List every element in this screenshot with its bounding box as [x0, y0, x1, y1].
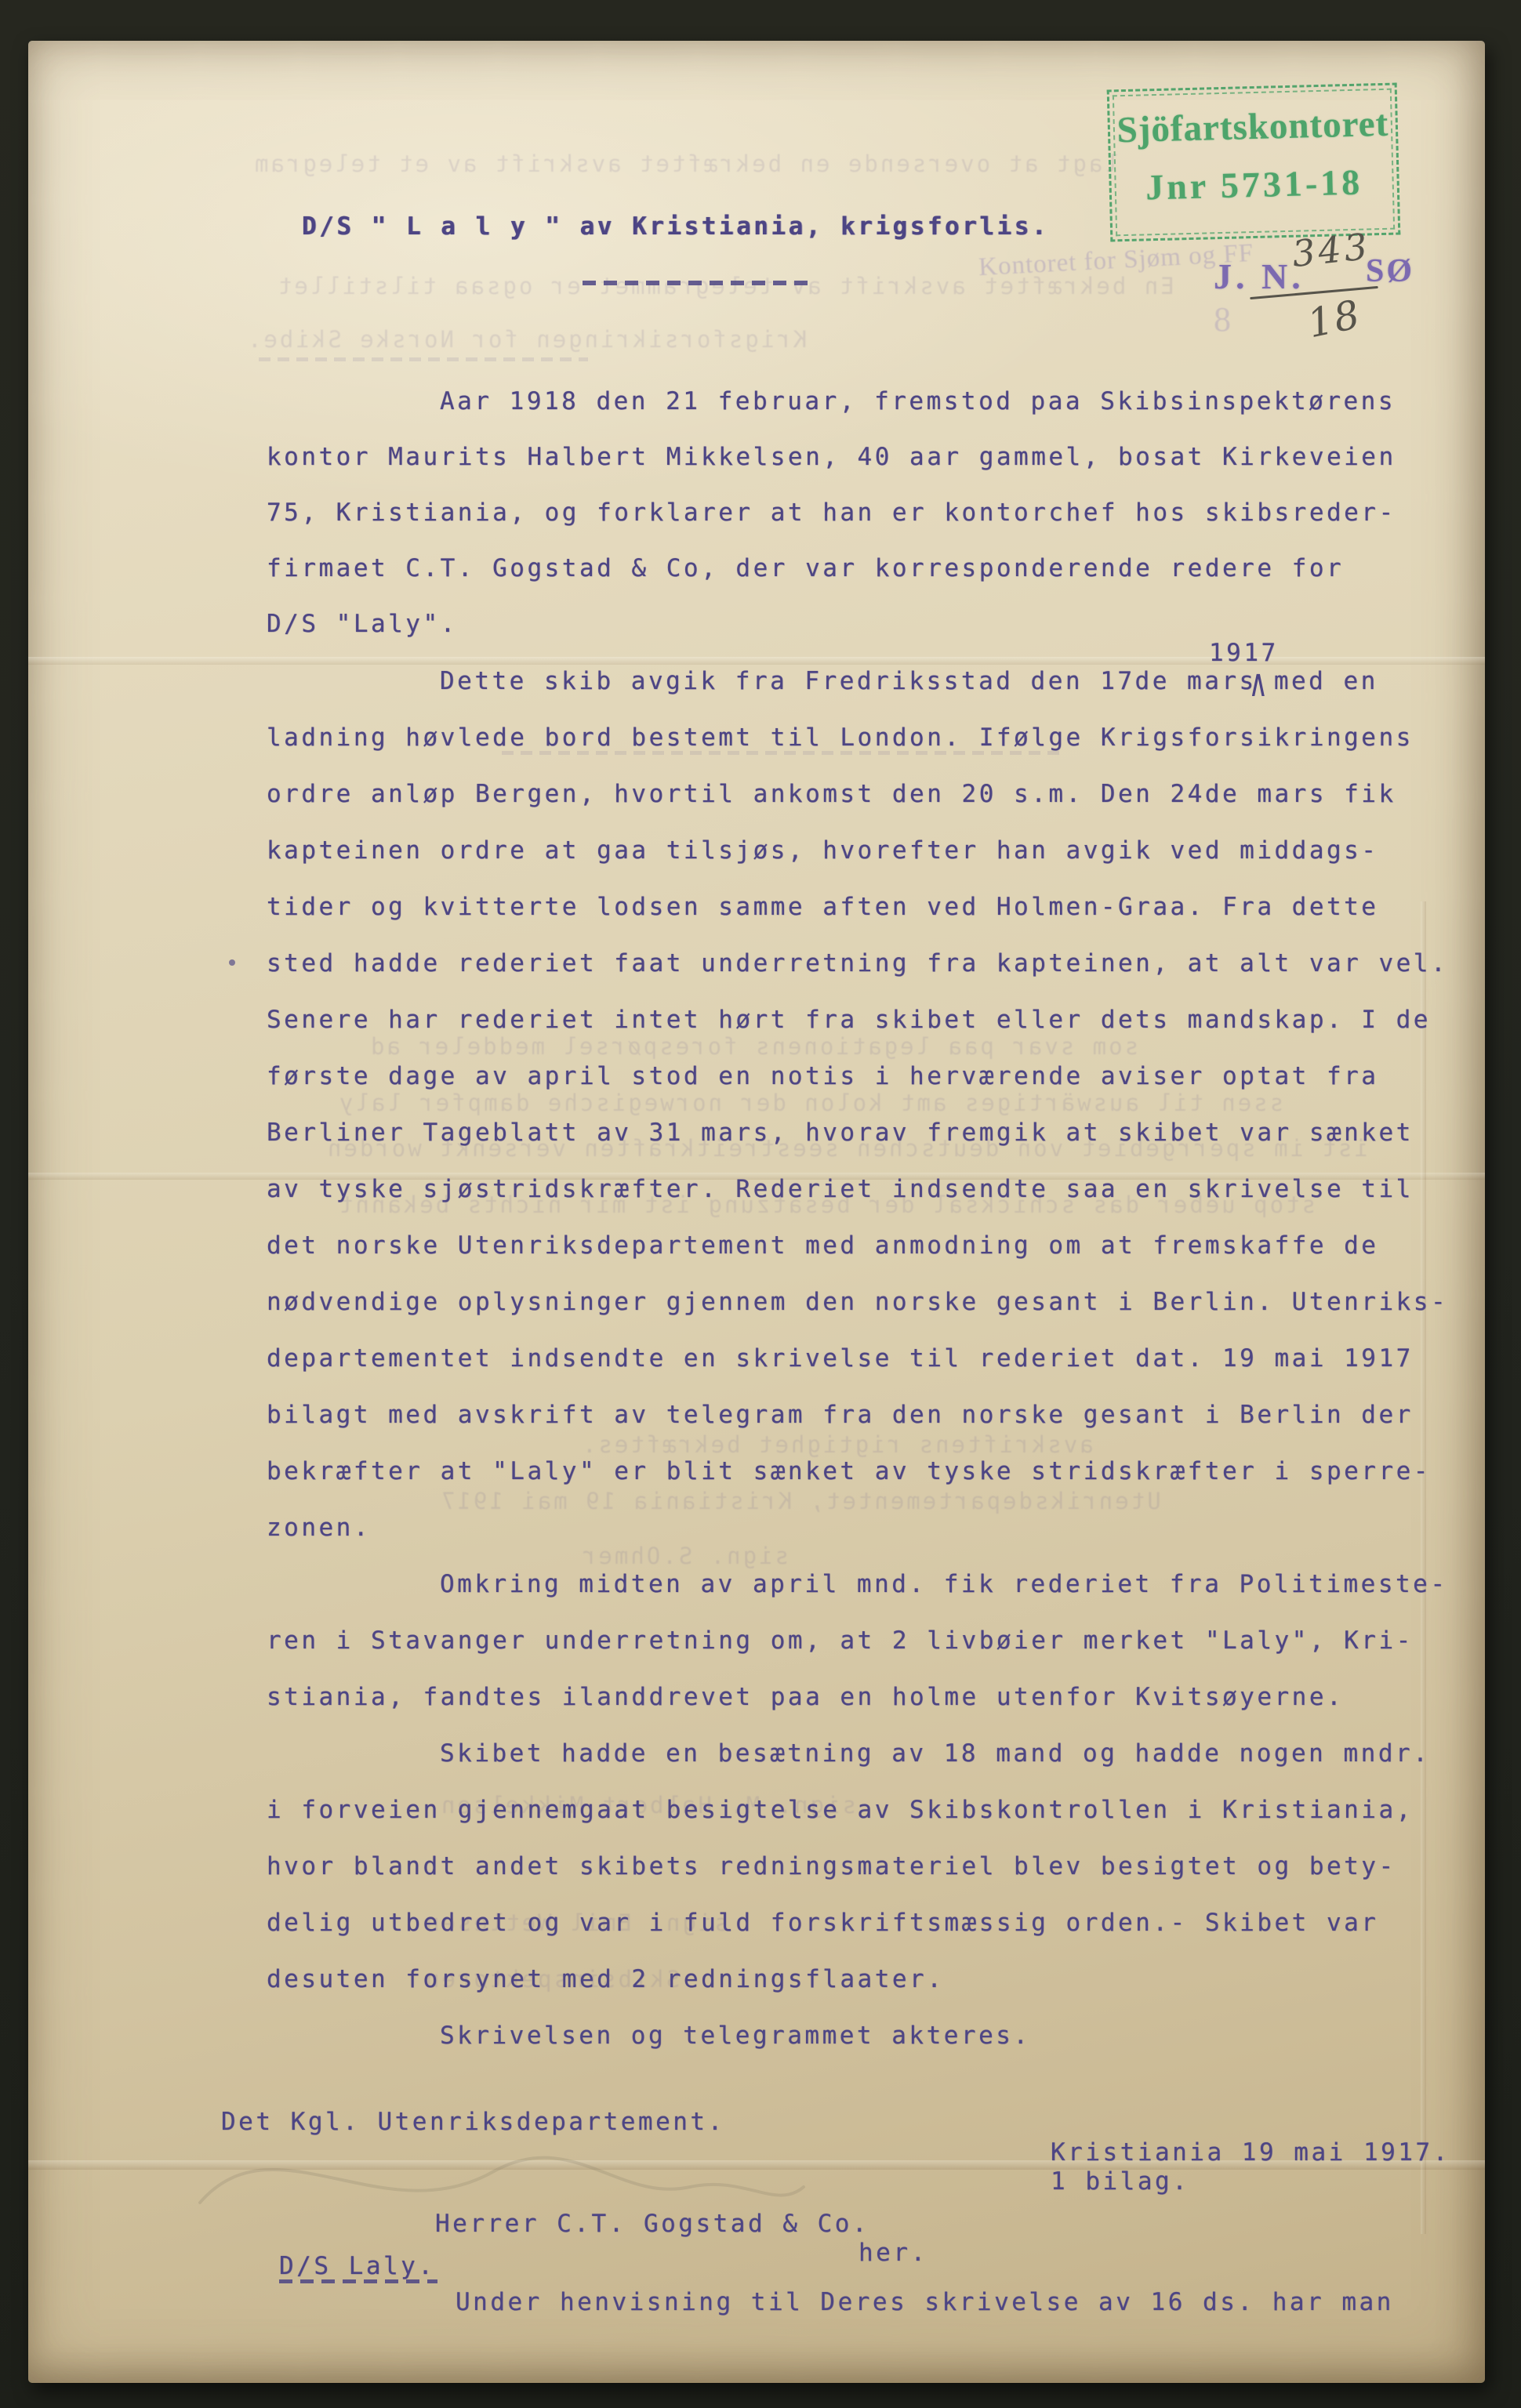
- body-line: det norske Utenriksdepartement med anmod…: [267, 1231, 1378, 1260]
- body-line: Omkring midten av april mnd. fik rederie…: [440, 1569, 1448, 1599]
- body-line: zonen.: [267, 1513, 371, 1543]
- body-line: i forveien gjennemgaat besigtelse av Ski…: [267, 1795, 1414, 1825]
- faded-stamp-digit: 8: [1214, 299, 1231, 339]
- title-underline: [583, 281, 810, 285]
- body-line: bilagt med avskrift av telegram fra den …: [267, 1400, 1414, 1430]
- footer-department: Det Kgl. Utenriksdepartement.: [221, 2107, 725, 2137]
- registry-stamp: Sjöfartskontoret Jnr 5731-18: [1107, 83, 1401, 242]
- journal-section-code: SØ: [1366, 252, 1414, 290]
- body-line: Skrivelsen og telegrammet akteres.: [440, 2021, 1031, 2051]
- body-line: delig utbedret og var i fuld forskriftsm…: [267, 1908, 1378, 1938]
- bleed-through-text: ssen til auswärtiges amt kolon der norwe…: [337, 1090, 1283, 1116]
- footer-here: her.: [859, 2238, 928, 2268]
- body-line: første dage av april stod en notis i her…: [267, 1061, 1378, 1091]
- faded-pencil-scribble: [180, 2069, 823, 2273]
- body-line: kapteinen ordre at gaa tilsjøs, hvorefte…: [267, 836, 1378, 865]
- footer-ship-reference: D/S Laly.: [279, 2251, 435, 2281]
- body-line: desuten forsynet med 2 redningsflaater.: [267, 1964, 944, 1994]
- body-line: av tyske sjøstridskræfter. Rederiet inds…: [267, 1174, 1414, 1204]
- body-line: Senere har rederiet intet hørt fra skibe…: [267, 1005, 1431, 1035]
- body-line: ren i Stavanger underretning om, at 2 li…: [267, 1626, 1414, 1655]
- bleed-through-text: Krigsforsikringen for Norske Skibe.: [245, 326, 807, 353]
- body-line: tider og kvitterte lodsen samme aften ve…: [267, 892, 1378, 922]
- body-line: ladning høvlede bord bestemt til London.…: [267, 723, 1414, 752]
- body-line: departementet indsendte en skrivelse til…: [267, 1344, 1414, 1373]
- bleed-through-text: avskriftens rigtighet bekræftes.: [580, 1431, 1094, 1458]
- bleed-through-underline: [259, 357, 588, 361]
- bleed-through-text: Utenriksdepartementet, Kristiania 19 mai…: [439, 1488, 1161, 1514]
- body-line: ordre anløp Bergen, hvortil ankomst den …: [267, 779, 1396, 809]
- ship-reference-underline: [279, 2279, 437, 2283]
- footer-addressee: Herrer C.T. Gogstad & Co.: [435, 2209, 869, 2239]
- journal-number-label: J. N.: [1214, 256, 1305, 297]
- body-line: hvor blandt andet skibets redningsmateri…: [267, 1851, 1396, 1881]
- body-line: nødvendige oplysninger gjennem den norsk…: [267, 1287, 1448, 1317]
- document-title: D/S " L a l y " av Kristiania, krigsforl…: [302, 212, 1049, 241]
- footer-opening-line: Under henvisning til Deres skrivelse av …: [456, 2287, 1394, 2317]
- year-insertion: 1917: [1209, 638, 1279, 668]
- body-line: Berliner Tageblatt av 31 mars, hvorav fr…: [267, 1118, 1414, 1148]
- body-line: Dette skib avgik fra Fredriksstad den 17…: [440, 666, 1378, 696]
- body-line: firmaet C.T. Gogstad & Co, der var korre…: [267, 553, 1344, 583]
- bleed-through-text: sign. S.Ohmer: [580, 1543, 789, 1569]
- journal-number-numerator: 343: [1290, 225, 1372, 275]
- stamp-office-name: Sjöfartskontoret: [1109, 103, 1396, 152]
- scanned-document-page: lagt at oversende en bekræftet avskrift …: [0, 0, 1521, 2408]
- body-line: D/S "Laly".: [267, 609, 458, 639]
- footer-place-date: Kristiania 19 mai 1917.: [1051, 2138, 1450, 2167]
- body-line: sted hadde rederiet faat underretning fr…: [267, 948, 1448, 978]
- body-line: stiania, fandtes ilanddrevet paa en holm…: [267, 1682, 1344, 1712]
- stamp-journal-number: Jnr 5731-18: [1111, 161, 1397, 209]
- bleed-through-text: som svar paa legationens forespørsel med…: [368, 1033, 1138, 1060]
- body-line: 75, Kristiania, og forklarer at han er k…: [267, 498, 1396, 528]
- body-line: Skibet hadde en besætning av 18 mand og …: [440, 1739, 1430, 1768]
- body-line: bekræfter at "Laly" er blit sænket av ty…: [267, 1456, 1431, 1486]
- footer-enclosure: 1 bilag.: [1051, 2167, 1189, 2196]
- body-line: kontor Maurits Halbert Mikkelsen, 40 aar…: [267, 442, 1396, 472]
- bleed-through-text: lagt at oversende en bekræftet avskrift …: [252, 150, 1119, 177]
- stray-ink-dot: [229, 959, 235, 966]
- body-line: Aar 1918 den 21 februar, fremstod paa Sk…: [440, 386, 1396, 416]
